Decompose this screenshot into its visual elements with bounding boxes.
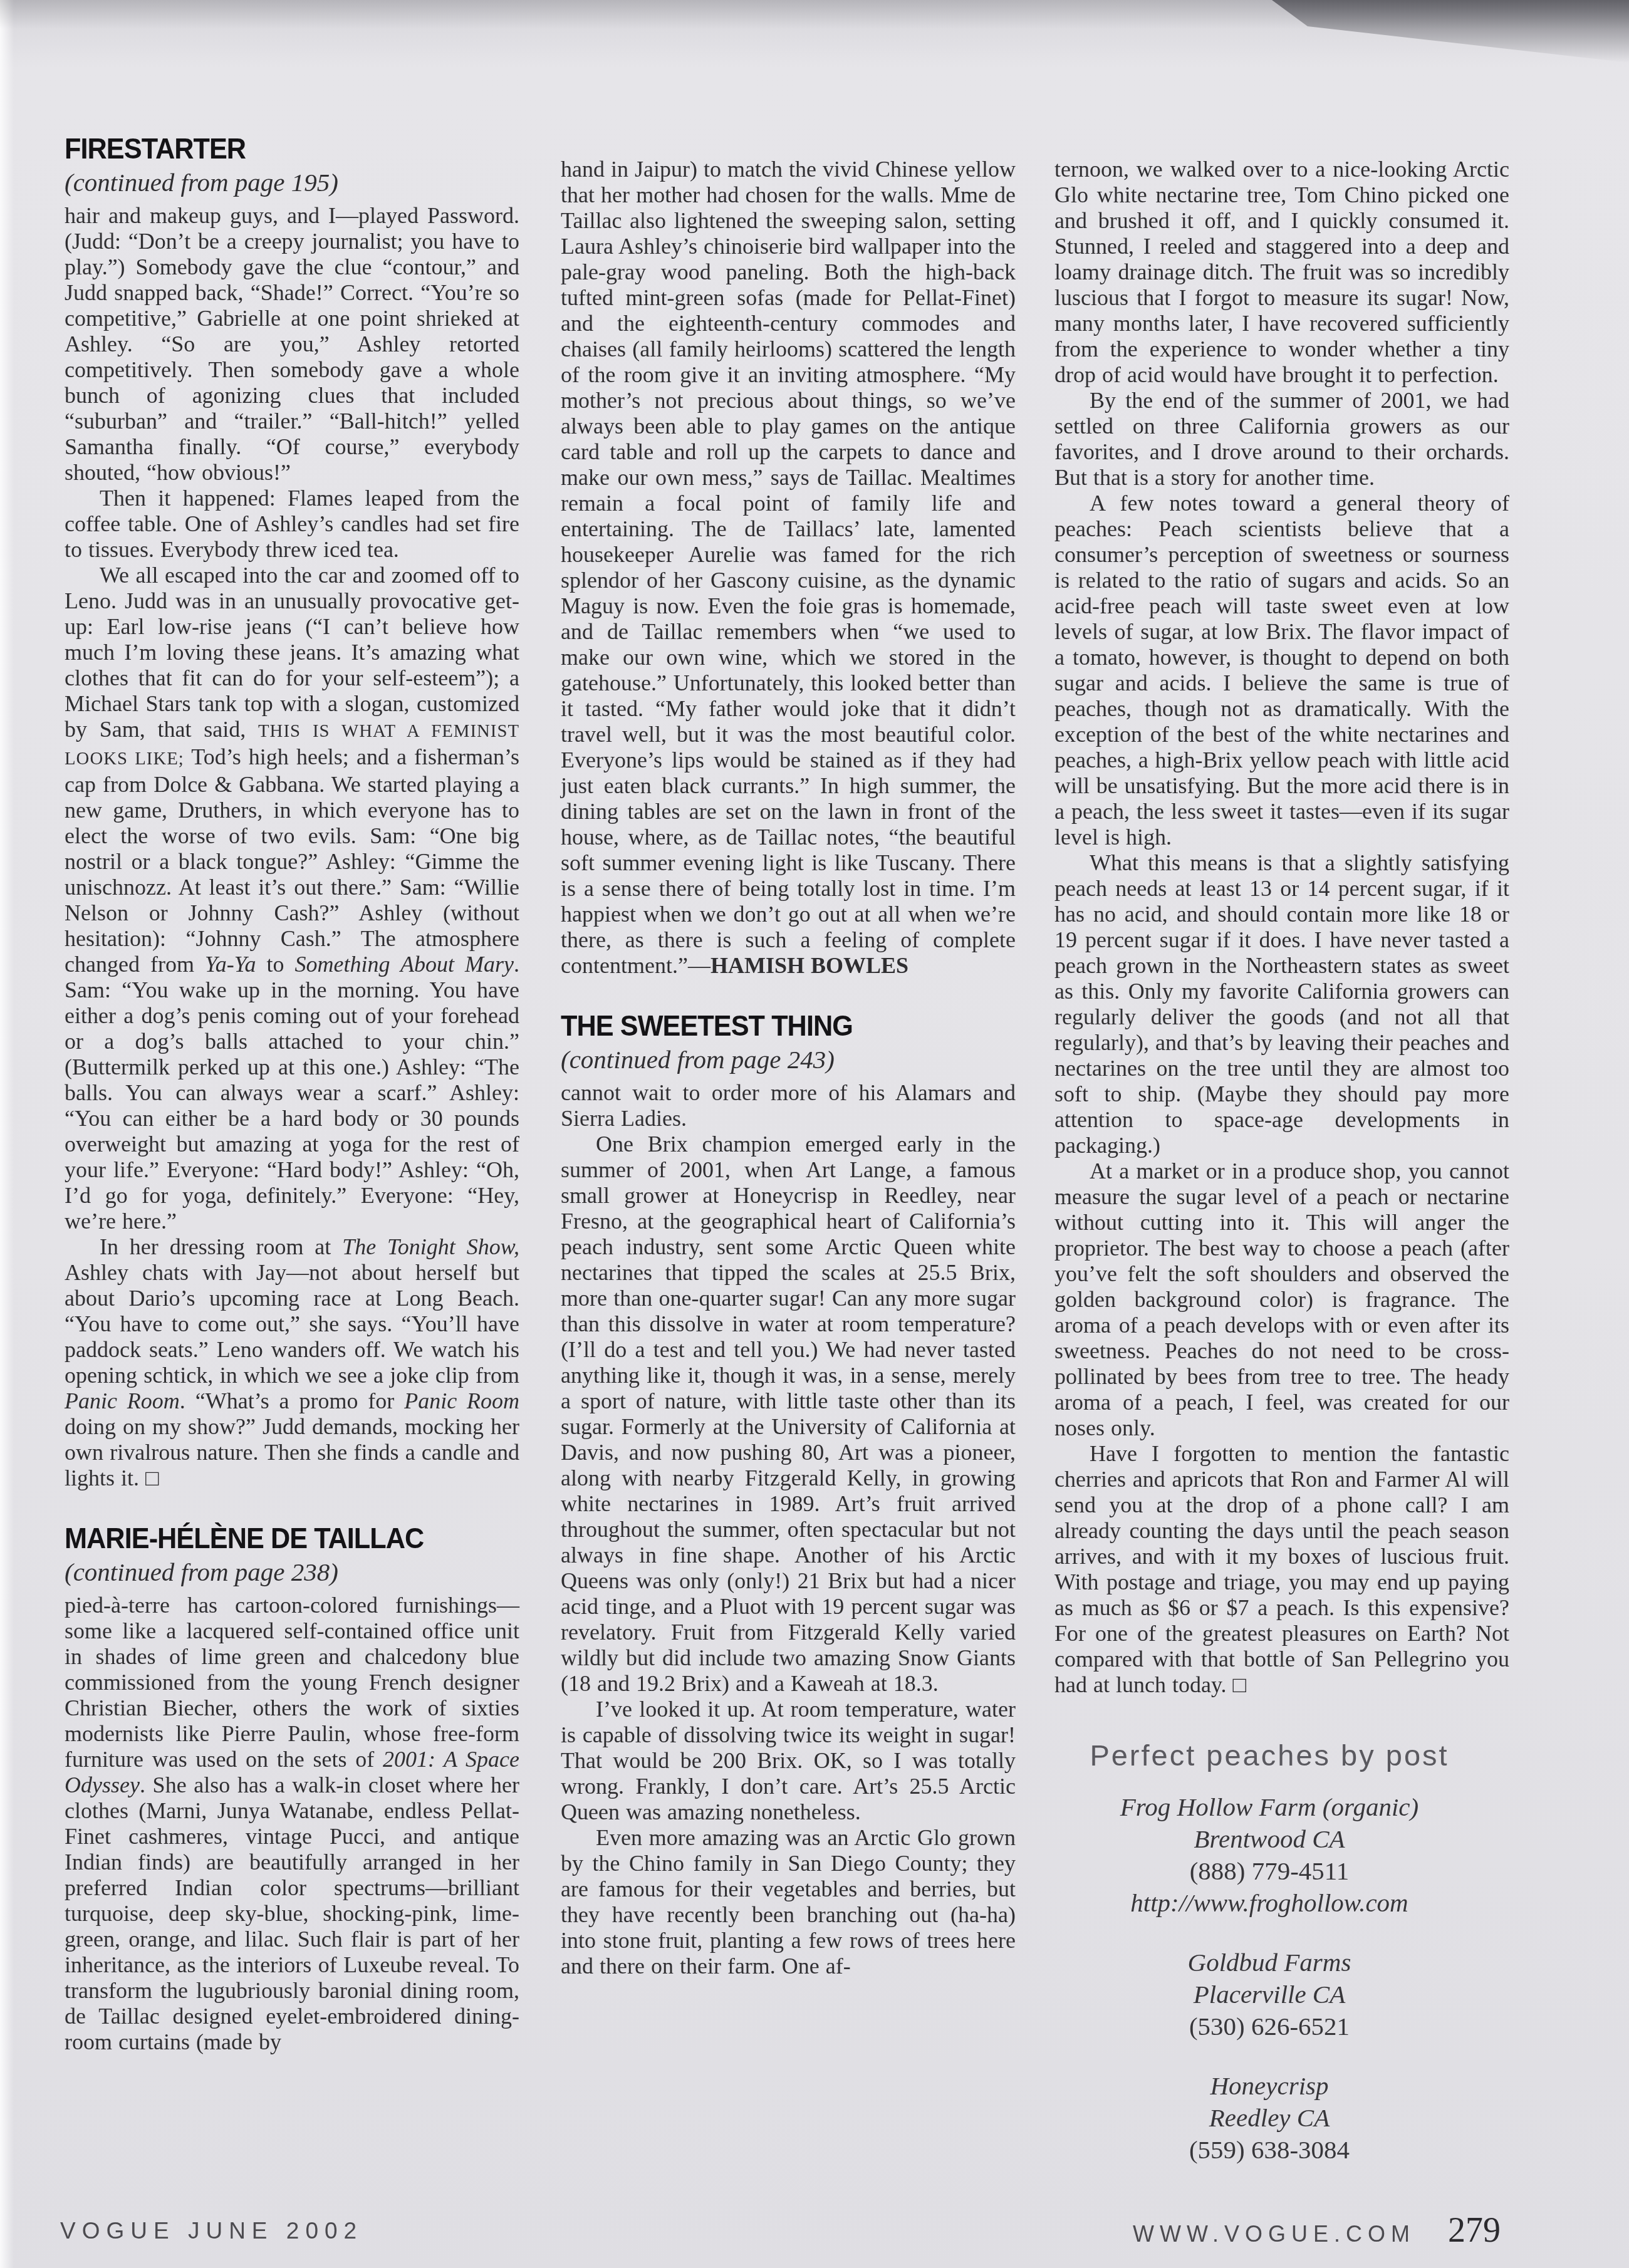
- body-paragraph: One Brix champion emerged early in the s…: [561, 1131, 1016, 1697]
- column-left: FIRESTARTER(continued from page 195)hair…: [65, 135, 519, 2055]
- website-url-label: WWW.VOGUE.COM: [1133, 2221, 1415, 2247]
- peach-directory-title: Perfect peaches by post: [1054, 1738, 1484, 1772]
- body-paragraph: pied-à-terre has cartoon-colored furnish…: [65, 1593, 519, 2055]
- body-paragraph: Then it happened: Flames leaped from the…: [65, 486, 519, 563]
- body-paragraph: By the end of the summer of 2001, we had…: [1054, 388, 1509, 491]
- article-title: FIRESTARTER: [65, 132, 492, 165]
- article-title: MARIE-HÉLÈNE DE TAILLAC: [65, 1521, 492, 1555]
- body-paragraph: hair and makeup guys, and I—played Passw…: [65, 203, 519, 486]
- body-paragraph: Even more amazing was an Arctic Glo grow…: [561, 1825, 1016, 1979]
- body-paragraph: I’ve looked it up. At room temperature, …: [561, 1697, 1016, 1825]
- body-paragraph: In her dressing room at The Tonight Show…: [65, 1234, 519, 1491]
- footer-right-group: WWW.VOGUE.COM 279: [1133, 2210, 1501, 2250]
- magazine-issue-label: VOGUE JUNE 2002: [60, 2218, 363, 2244]
- page-number: 279: [1448, 2210, 1501, 2250]
- body-paragraph: ternoon, we walked over to a nice-lookin…: [1054, 157, 1509, 388]
- continued-from-note: (continued from page 195): [65, 167, 519, 198]
- directory-entry: HoneycrispReedley CA(559) 638-3084: [1054, 2070, 1484, 2166]
- body-paragraph: hand in Jaipur) to match the vivid Chine…: [561, 157, 1016, 979]
- directory-entry: Goldbud FarmsPlacerville CA(530) 626-652…: [1054, 1947, 1484, 2042]
- body-paragraph: What this means is that a slightly satis…: [1054, 850, 1509, 1158]
- continued-from-note: (continued from page 243): [561, 1044, 1016, 1075]
- article-title: THE SWEETEST THING: [561, 1009, 988, 1043]
- magazine-page: FIRESTARTER(continued from page 195)hair…: [0, 0, 1629, 2268]
- body-paragraph: A few notes toward a general theory of p…: [1054, 491, 1509, 850]
- column-right: ternoon, we walked over to a nice-lookin…: [1054, 157, 1509, 2193]
- page-curl-shadow: [1272, 0, 1629, 63]
- scan-edge-highlight: [0, 0, 14, 2268]
- body-paragraph: Have I forgotten to mention the fantasti…: [1054, 1441, 1509, 1698]
- continued-from-note: (continued from page 238): [65, 1556, 519, 1588]
- column-middle: hand in Jaipur) to match the vivid Chine…: [561, 157, 1016, 1979]
- body-paragraph: We all escaped into the car and zoomed o…: [65, 563, 519, 1234]
- directory-entry: Frog Hollow Farm (organic)Brentwood CA(8…: [1054, 1791, 1484, 1919]
- body-paragraph: cannot wait to order more of his Alamars…: [561, 1080, 1016, 1131]
- body-paragraph: At a market or in a produce shop, you ca…: [1054, 1158, 1509, 1441]
